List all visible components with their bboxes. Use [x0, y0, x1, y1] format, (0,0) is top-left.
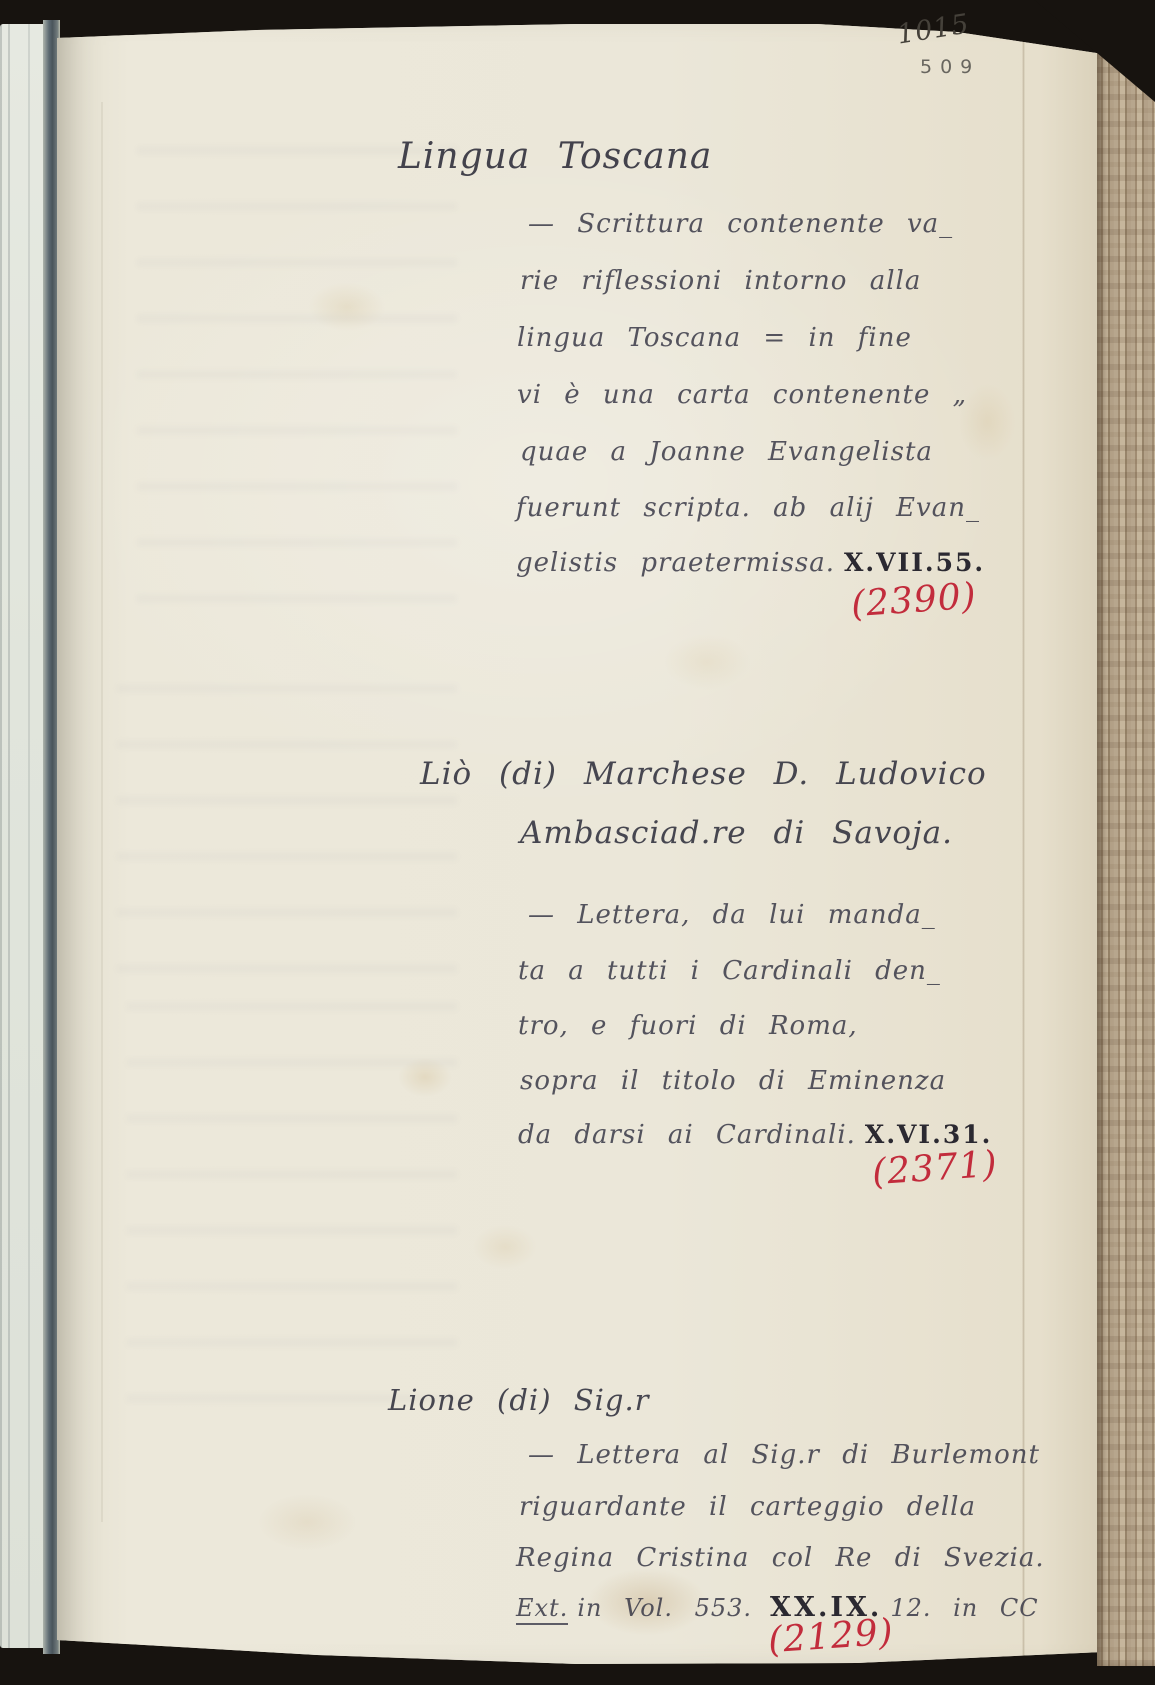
entry2-line: tro, e fuori di Roma,	[518, 1012, 858, 1042]
entry2-heading: Liò (di) Marchese D. Ludovico	[420, 757, 987, 793]
footer-text: in Vol. 553.	[577, 1594, 752, 1622]
margin-crease	[101, 102, 103, 1522]
entry3-heading: Lione (di) Sig.r	[388, 1384, 650, 1417]
entry1-heading: Lingua Toscana	[398, 136, 712, 177]
entry2-subheading: Ambasciad.re di Savoja.	[520, 816, 953, 852]
entry2-line: ta a tutti i Cardinali den_	[518, 957, 941, 987]
entry1-shelfmark: X.VII.55.	[844, 548, 985, 577]
page-edges-stack	[1097, 30, 1155, 1666]
facing-page-edge	[0, 24, 46, 1648]
entry3-line: — Lettera al Sig.r di Burlemont	[528, 1441, 1040, 1471]
entry1-line: — Scrittura contenente va_	[528, 210, 953, 240]
ext-label: Ext.	[516, 1594, 568, 1625]
entry2-red-number: (2371)	[871, 1144, 999, 1194]
entry3-line: riguardante il carteggio della	[519, 1493, 976, 1523]
entry2-line-text: da darsi ai Cardinali.	[518, 1120, 856, 1150]
ink-showthrough	[137, 132, 457, 602]
entry3-red-number: (2129)	[767, 1612, 895, 1662]
entry1-line: fuerunt scripta. ab alij Evan_	[516, 494, 980, 524]
ink-showthrough	[127, 982, 457, 1402]
entry1-line: vi è una carta contenente „	[517, 381, 967, 411]
manuscript-photo: 1015 509 Lingua Toscana — Scrittura cont…	[0, 0, 1155, 1685]
entry1-red-number: (2390)	[850, 576, 978, 626]
page-fold-line	[1022, 22, 1025, 1664]
stamped-page-number: 509	[920, 56, 980, 78]
entry2-line: — Lettera, da lui manda_	[528, 901, 936, 931]
entry1-line: quae a Joanne Evangelista	[520, 438, 933, 468]
ink-showthrough	[117, 642, 457, 972]
entry2-line: da darsi ai Cardinali.X.VI.31.	[518, 1121, 992, 1151]
entry2-line: sopra il titolo di Eminenza	[520, 1067, 946, 1097]
entry1-line: rie riflessioni intorno alla	[520, 267, 921, 297]
entry1-line-text: gelistis praetermissa.	[516, 548, 835, 578]
footer-suffix: 12. in CC	[890, 1594, 1038, 1622]
entry1-line: lingua Toscana = in fine	[517, 324, 912, 354]
entry1-line: gelistis praetermissa.X.VII.55.	[516, 549, 985, 579]
entry3-line: Regina Cristina col Re di Svezia.	[516, 1544, 1045, 1574]
